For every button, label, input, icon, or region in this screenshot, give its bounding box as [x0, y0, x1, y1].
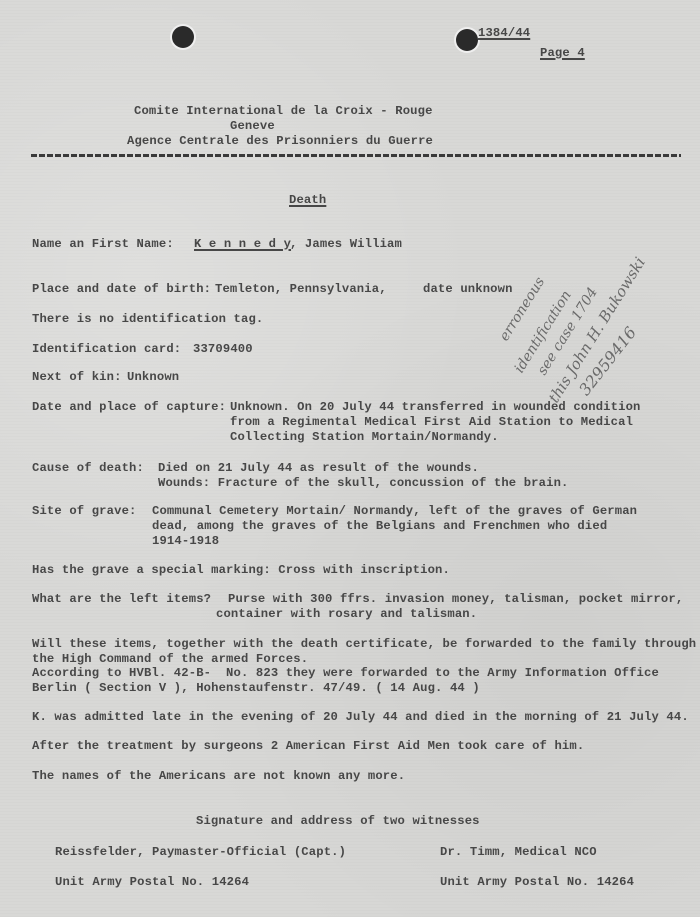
id-card-number: 33709400 — [193, 342, 253, 357]
punch-hole-left — [172, 26, 194, 48]
capture-label: Date and place of capture: — [32, 400, 226, 415]
grave-marking: Has the grave a special marking: Cross w… — [32, 563, 450, 578]
name-label: Name an First Name: — [32, 237, 174, 252]
letterhead-line-2: Geneve — [230, 119, 275, 134]
note-treatment: After the treatment by surgeons 2 Americ… — [32, 739, 584, 754]
file-reference: 1384/44 — [478, 26, 530, 41]
letterhead-line-1: Comite International de la Croix - Rouge — [134, 104, 433, 119]
forwarding-line-4: Berlin ( Section V ), Hohenstaufenstr. 4… — [32, 681, 480, 696]
birth-label: Place and date of birth: — [32, 282, 211, 297]
witness-right-address: Unit Army Postal No. 14264 — [440, 875, 634, 890]
witness-left-address: Unit Army Postal No. 14264 — [55, 875, 249, 890]
witness-left-name: Reissfelder, Paymaster-Official (Capt.) — [55, 845, 346, 860]
document-page: 1384/44 Page 4 Comite International de l… — [0, 0, 700, 917]
note-names-unknown: The names of the Americans are not known… — [32, 769, 405, 784]
capture-line-2: from a Regimental Medical First Aid Stat… — [230, 415, 633, 430]
grave-site-label: Site of grave: — [32, 504, 137, 519]
note-admission: K. was admitted late in the evening of 2… — [32, 710, 689, 725]
forwarding-line-3: According to HVBl. 42-B- No. 823 they we… — [32, 666, 659, 681]
letterhead-line-3: Agence Centrale des Prisonniers du Guerr… — [127, 134, 433, 149]
grave-site-line-1: Communal Cemetery Mortain/ Normandy, lef… — [152, 504, 637, 519]
capture-line-3: Collecting Station Mortain/Normandy. — [230, 430, 499, 445]
left-items-line-2: container with rosary and talisman. — [216, 607, 477, 622]
witness-right-name: Dr. Timm, Medical NCO — [440, 845, 597, 860]
page-number: Page 4 — [540, 46, 585, 61]
left-items-line-1: Purse with 300 ffrs. invasion money, tal… — [228, 592, 683, 607]
first-names: , James William — [290, 237, 402, 252]
grave-site-line-2: dead, among the graves of the Belgians a… — [152, 519, 607, 534]
cause-of-death-label: Cause of death: — [32, 461, 144, 476]
next-of-kin-value: Unknown — [127, 370, 179, 385]
forwarding-line-2: the High Command of the armed Forces. — [32, 652, 308, 667]
document-title: Death — [289, 193, 326, 208]
surname: K e n n e d y — [194, 237, 291, 252]
capture-line-1: Unknown. On 20 July 44 transferred in wo… — [230, 400, 641, 415]
grave-site-line-3: 1914-1918 — [152, 534, 219, 549]
cause-of-death-line-2: Wounds: Fracture of the skull, concussio… — [158, 476, 569, 491]
next-of-kin-label: Next of kin: — [32, 370, 122, 385]
forwarding-line-1: Will these items, together with the deat… — [32, 637, 696, 652]
left-items-label: What are the left items? — [32, 592, 211, 607]
birth-date: date unknown — [423, 282, 513, 297]
punch-hole-right — [456, 29, 478, 51]
separator-line — [31, 154, 681, 157]
birth-place: Temleton, Pennsylvania, — [215, 282, 387, 297]
id-card-label: Identification card: — [32, 342, 181, 357]
cause-of-death-line-1: Died on 21 July 44 as result of the woun… — [158, 461, 479, 476]
witnesses-heading: Signature and address of two witnesses — [196, 814, 480, 829]
identification-tag: There is no identification tag. — [32, 312, 263, 327]
